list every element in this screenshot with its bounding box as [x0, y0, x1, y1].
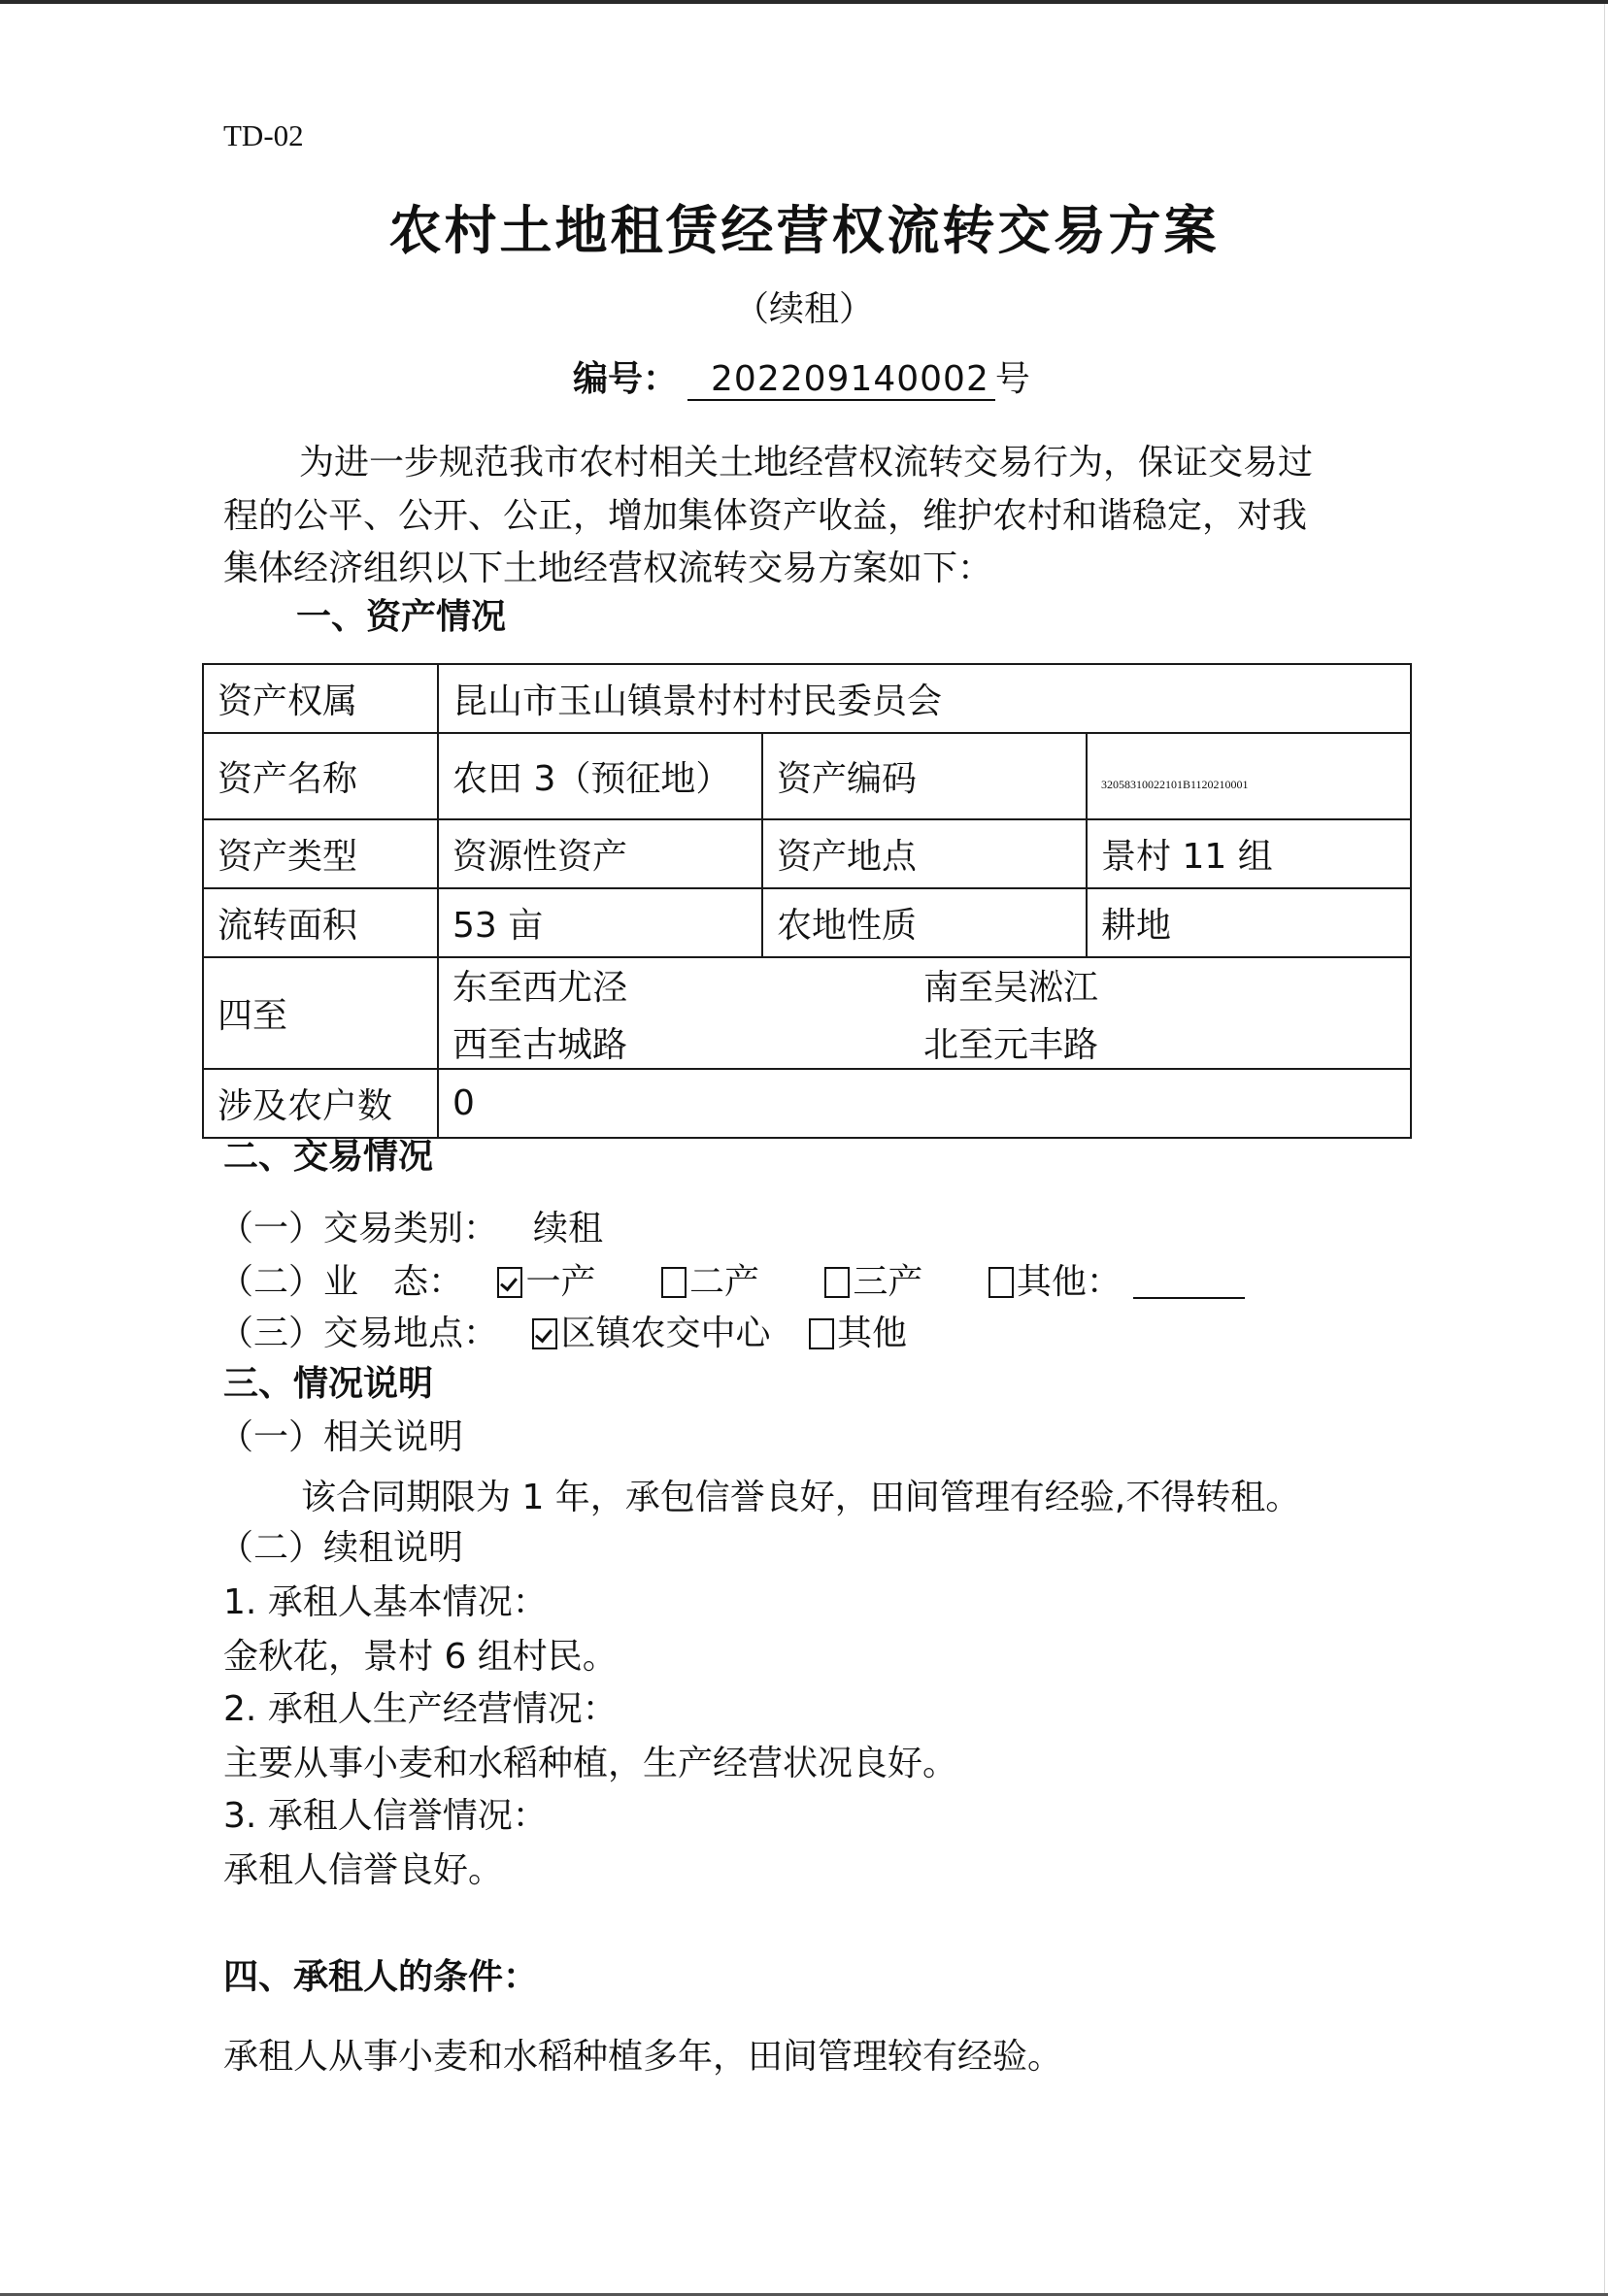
- land-nature-value: 耕地: [1087, 888, 1411, 957]
- checkbox-icon[interactable]: [824, 1267, 850, 1298]
- bound-south: 南至吴淞江: [923, 960, 1215, 1010]
- business-type-label-b: 态：: [393, 1262, 463, 1302]
- number-label: 编号：: [573, 359, 678, 399]
- table-row: 资产类型 资源性资产 资产地点 景村 11 组: [203, 819, 1411, 888]
- households-value: 0: [438, 1069, 1411, 1138]
- area-value: 53 亩: [438, 888, 762, 957]
- table-row: 资产权属 昆山市玉山镇景村村村民委员会: [203, 664, 1411, 733]
- lessee-operation-title: 2. 承租人生产经营情况：: [223, 1681, 618, 1731]
- lessee-operation-body: 主要从事小麦和水稻种植，生产经营状况良好。: [223, 1736, 957, 1785]
- owner-label: 资产权属: [203, 664, 438, 733]
- lessee-basic-title: 1. 承租人基本情况：: [223, 1575, 548, 1624]
- number-value: 202209140002: [687, 359, 995, 401]
- business-type-row: （二）业态： 一产 二产 三产 其他：: [218, 1254, 1245, 1304]
- bounds-label: 四至: [203, 957, 438, 1069]
- scan-edge-top: [0, 0, 1608, 4]
- trade-location-row: （三）交易地点： 区镇农交中心 其他: [218, 1306, 907, 1355]
- bound-east: 东至西尤泾: [452, 960, 923, 1010]
- lessee-credit-body: 承租人信誉良好。: [223, 1843, 503, 1892]
- other-blank-field[interactable]: [1133, 1268, 1245, 1299]
- asset-table: 资产权属 昆山市玉山镇景村村村民委员会 资产名称 农田 3（预征地） 资产编码 …: [202, 663, 1412, 1139]
- households-label: 涉及农户数: [203, 1069, 438, 1138]
- intro-line-3: 集体经济组织以下土地经营权流转交易方案如下：: [223, 541, 992, 590]
- document-title: 农村土地租赁经营权流转交易方案: [0, 189, 1608, 264]
- owner-value: 昆山市玉山镇景村村村民委员会: [438, 664, 1411, 733]
- land-nature-label: 农地性质: [762, 888, 1087, 957]
- table-row: 涉及农户数 0: [203, 1069, 1411, 1138]
- section-3-heading: 三、情况说明: [223, 1356, 433, 1406]
- related-notes-body: 该合同期限为 1 年，承包信誉良好，田间管理有经验,不得转租。: [301, 1470, 1300, 1519]
- trade-category-row: （一）交易类别：续租: [218, 1201, 603, 1250]
- option-district-center[interactable]: 区镇农交中心: [532, 1314, 770, 1353]
- scan-edge-right: [1604, 4, 1605, 2293]
- table-row: 四至 东至西尤泾 南至吴淞江 西至古城路 北至元丰路: [203, 957, 1411, 1069]
- table-row: 资产名称 农田 3（预征地） 资产编码 32058310022101B11202…: [203, 733, 1411, 819]
- trade-location-label: （三）交易地点：: [218, 1314, 498, 1353]
- asset-type-label: 资产类型: [203, 819, 438, 888]
- checkbox-icon[interactable]: [988, 1267, 1014, 1298]
- asset-location-label: 资产地点: [762, 819, 1087, 888]
- checkbox-icon[interactable]: [809, 1318, 834, 1349]
- checkbox-icon[interactable]: [661, 1267, 687, 1298]
- asset-location-value: 景村 11 组: [1087, 819, 1411, 888]
- related-notes-heading: （一）相关说明: [218, 1410, 463, 1459]
- checkbox-checked-icon[interactable]: [497, 1267, 522, 1298]
- option-location-other[interactable]: 其他: [809, 1314, 907, 1353]
- section-1-heading: 一、资产情况: [296, 589, 506, 639]
- lessee-conditions-body: 承租人从事小麦和水稻种植多年，田间管理较有经验。: [223, 2029, 1062, 2079]
- asset-code-label: 资产编码: [762, 733, 1087, 819]
- intro-line-2: 程的公平、公开、公正，增加集体资产收益，维护农村和谐稳定，对我: [223, 488, 1307, 538]
- lessee-basic-body: 金秋花，景村 6 组村民。: [223, 1629, 618, 1679]
- document-code: TD-02: [223, 118, 304, 153]
- asset-type-value: 资源性资产: [438, 819, 762, 888]
- document-number: 编号：202209140002号: [573, 351, 1030, 401]
- lessee-credit-title: 3. 承租人信誉情况：: [223, 1788, 548, 1838]
- business-type-label-a: （二）业: [218, 1262, 358, 1302]
- bound-west: 西至古城路: [452, 1017, 923, 1067]
- asset-name-value: 农田 3（预征地）: [438, 733, 762, 819]
- option-primary[interactable]: 一产: [497, 1262, 595, 1302]
- option-other[interactable]: 其他：: [988, 1262, 1245, 1302]
- table-row: 流转面积 53 亩 农地性质 耕地: [203, 888, 1411, 957]
- area-label: 流转面积: [203, 888, 438, 957]
- bound-north: 北至元丰路: [923, 1017, 1215, 1067]
- option-secondary[interactable]: 二产: [661, 1262, 759, 1302]
- trade-category-value: 续租: [533, 1209, 603, 1248]
- intro-line-1: 为进一步规范我市农村相关土地经营权流转交易行为，保证交易过: [299, 435, 1313, 484]
- bounds-value: 东至西尤泾 南至吴淞江 西至古城路 北至元丰路: [438, 957, 1411, 1069]
- option-tertiary[interactable]: 三产: [824, 1262, 922, 1302]
- checkbox-checked-icon[interactable]: [532, 1318, 557, 1349]
- section-4-heading: 四、承租人的条件：: [223, 1949, 538, 1999]
- asset-code-value: 32058310022101B1120210001: [1087, 733, 1411, 819]
- section-2-heading: 二、交易情况: [223, 1129, 433, 1179]
- asset-name-label: 资产名称: [203, 733, 438, 819]
- number-suffix: 号: [995, 359, 1030, 399]
- document-subtitle: （续租）: [0, 282, 1608, 331]
- renewal-notes-heading: （二）续租说明: [218, 1520, 463, 1570]
- trade-category-label: （一）交易类别：: [218, 1209, 498, 1248]
